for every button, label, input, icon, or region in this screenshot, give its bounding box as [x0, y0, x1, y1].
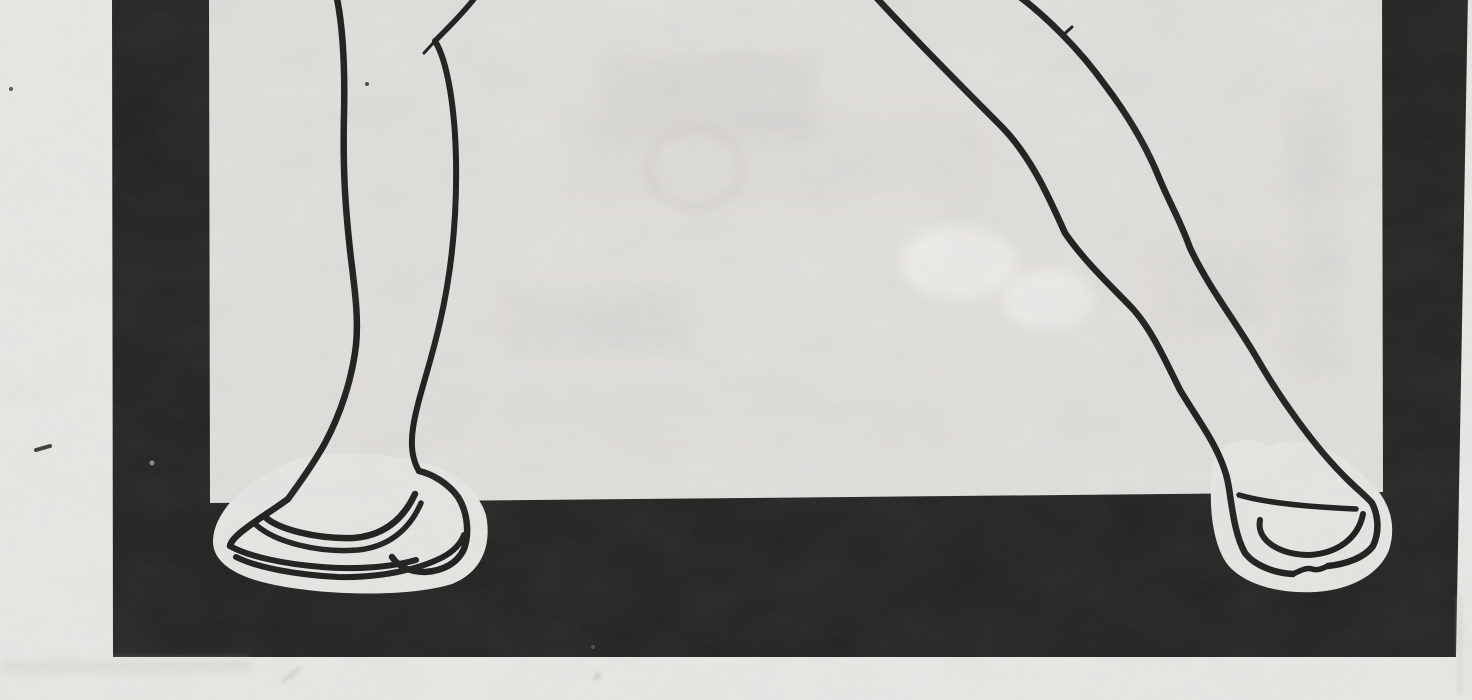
- legs-illustration: [0, 0, 1472, 700]
- scanned-illustration-page: [0, 0, 1472, 700]
- paper-grain-texture: [0, 0, 1472, 700]
